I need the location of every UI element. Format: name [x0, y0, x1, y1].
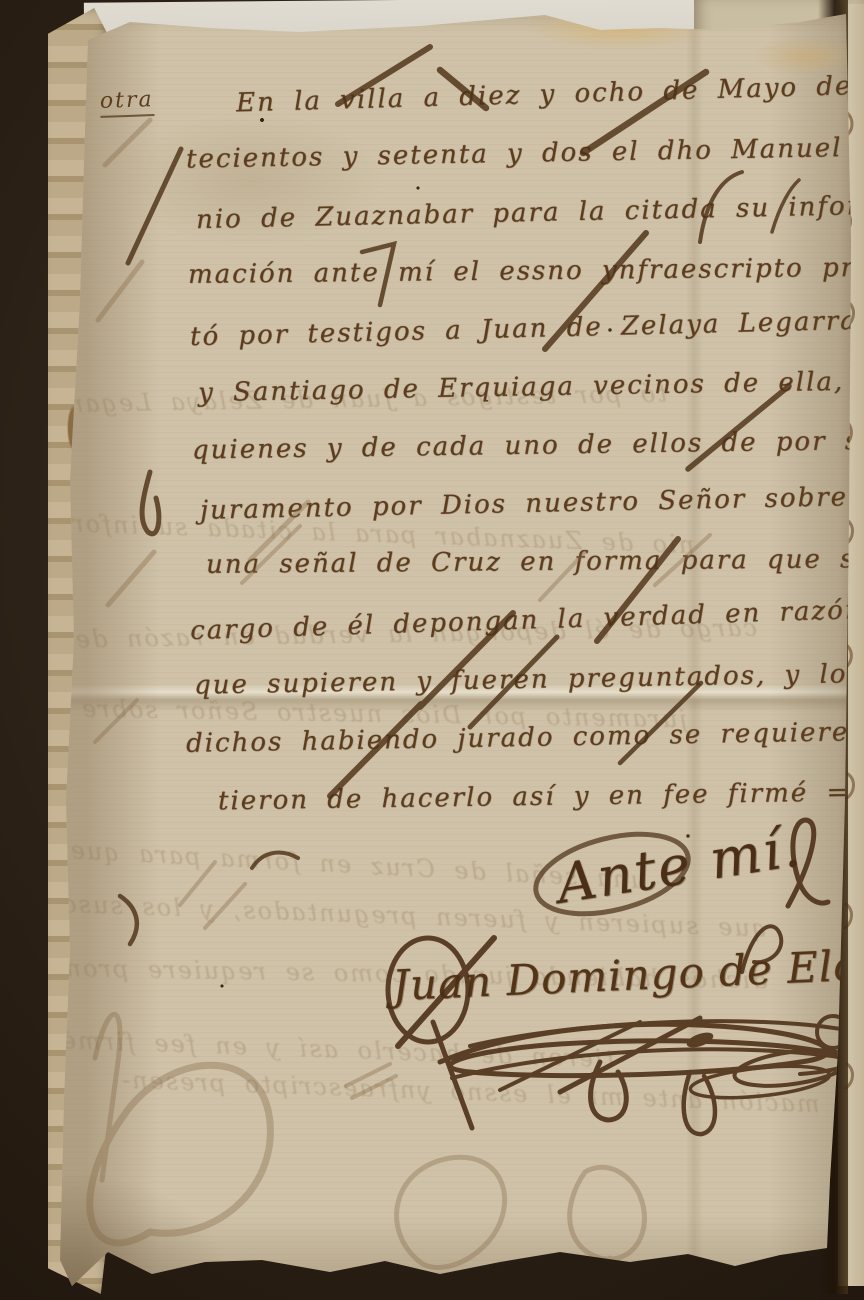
text-line: una señal de Cruz en forma para que so — [206, 544, 864, 580]
manuscript-page: tó por testigos a Juan de Zelaya Legarra… — [0, 0, 864, 1300]
text-line: tieron de hacerlo así y en fee firmé = — [218, 778, 851, 817]
ghost-line: mación ante mí el essno ynfraescripto pr… — [120, 1066, 820, 1118]
text-line: En la villa a diez y ocho de Mayo de mil… — [236, 68, 864, 119]
signature-ante-mi: Ante mí. — [553, 815, 806, 916]
text-line: tecientos y setenta y dos el dho Manuel … — [186, 131, 864, 174]
text-line: y Santiago de Erquiaga vecinos de ella, … — [198, 366, 864, 408]
text-line: nio de Zuaznabar para la citada su infor… — [196, 191, 864, 235]
text-line: mación ante mí el essno ynfraescripto pr… — [188, 252, 864, 290]
signature-juan-domingo-de-elola: Juan Domingo de Elola — [391, 939, 864, 1010]
margin-note: otra — [100, 87, 155, 118]
text-line: quienes y de cada uno de ellos de por sí… — [192, 425, 864, 466]
text-line: tó por testigos a Juan de Zelaya Legarra — [190, 306, 858, 352]
text-line: que supieren y fueren preguntados, y los… — [194, 657, 864, 700]
ghost-line: tieron de hacerlo así y en fee firmé = — [20, 1025, 615, 1074]
manuscript-photo: tó por testigos a Juan de Zelaya Legarra… — [0, 0, 864, 1300]
text-line: juramento por Dios nuestro Señor sobre — [200, 482, 849, 526]
ghost-line: una señal de Cruz en forma para que so — [20, 834, 647, 895]
